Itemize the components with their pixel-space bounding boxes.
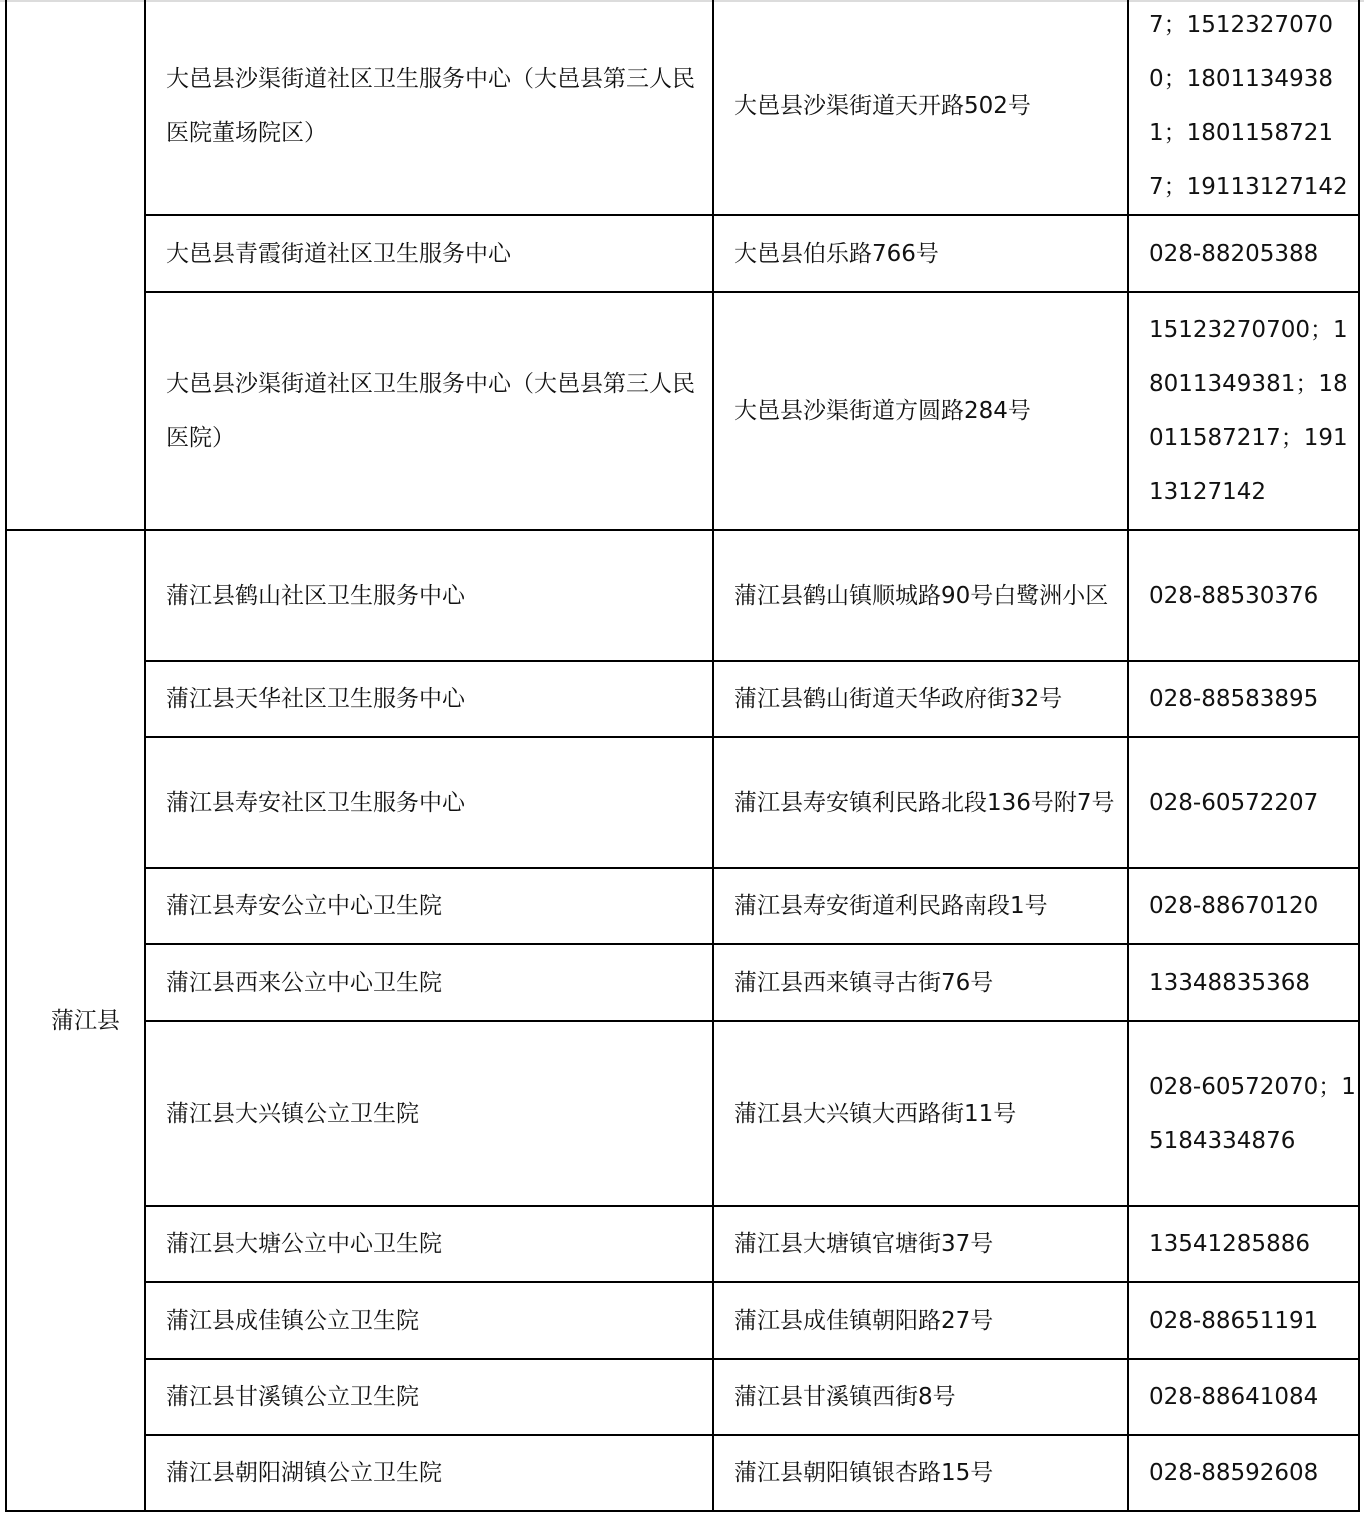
region-cell: 蒲江县 <box>6 530 145 1511</box>
address-cell: 蒲江县大兴镇大西路街11号 <box>713 1021 1128 1206</box>
phone-cell: 13348835368 <box>1128 944 1359 1021</box>
phone-cell: 028-88641084 <box>1128 1359 1359 1435</box>
phone-cell: 028-88670120 <box>1128 868 1359 944</box>
institution-name-cell: 大邑县青霞街道社区卫生服务中心 <box>145 215 713 292</box>
institution-name-cell: 蒲江县寿安公立中心卫生院 <box>145 868 713 944</box>
phone-cell: 15123270700；18011349381；18011587217；1911… <box>1128 292 1359 530</box>
institution-name-cell: 蒲江县鹤山社区卫生服务中心 <box>145 530 713 661</box>
institution-name-cell: 蒲江县成佳镇公立卫生院 <box>145 1282 713 1359</box>
table-row: 蒲江县成佳镇公立卫生院蒲江县成佳镇朝阳路27号028-88651191 <box>6 1282 1359 1359</box>
phone-cell: 028-88205388 <box>1128 215 1359 292</box>
health-center-table: 大邑县沙渠街道社区卫生服务中心（大邑县第三人民医院董场院区）大邑县沙渠街道天开路… <box>5 0 1360 1512</box>
institution-name-cell: 蒲江县朝阳湖镇公立卫生院 <box>145 1435 713 1511</box>
table-row: 大邑县沙渠街道社区卫生服务中心（大邑县第三人民医院董场院区）大邑县沙渠街道天开路… <box>6 0 1359 215</box>
table-row: 蒲江县寿安公立中心卫生院蒲江县寿安街道利民路南段1号028-88670120 <box>6 868 1359 944</box>
institution-name-cell: 蒲江县天华社区卫生服务中心 <box>145 661 713 737</box>
institution-name-cell: 蒲江县大塘公立中心卫生院 <box>145 1206 713 1282</box>
phone-cell: 028-88530376 <box>1128 530 1359 661</box>
address-cell: 蒲江县寿安街道利民路南段1号 <box>713 868 1128 944</box>
table-row: 蒲江县甘溪镇公立卫生院蒲江县甘溪镇西街8号028-88641084 <box>6 1359 1359 1435</box>
address-cell: 大邑县沙渠街道方圆路284号 <box>713 292 1128 530</box>
phone-cell: 028-60572207 <box>1128 737 1359 868</box>
region-cell <box>6 0 145 530</box>
table-row: 大邑县青霞街道社区卫生服务中心大邑县伯乐路766号028-88205388 <box>6 215 1359 292</box>
address-cell: 蒲江县寿安镇利民路北段136号附7号 <box>713 737 1128 868</box>
address-cell: 蒲江县朝阳镇银杏路15号 <box>713 1435 1128 1511</box>
phone-cell: 7；15123270700；18011349381；18011587217；19… <box>1128 0 1359 215</box>
table-row: 蒲江县朝阳湖镇公立卫生院蒲江县朝阳镇银杏路15号028-88592608 <box>6 1435 1359 1511</box>
institution-name-cell: 蒲江县甘溪镇公立卫生院 <box>145 1359 713 1435</box>
phone-cell: 028-88651191 <box>1128 1282 1359 1359</box>
phone-cell: 028-60572070；15184334876 <box>1128 1021 1359 1206</box>
table-row: 蒲江县蒲江县鹤山社区卫生服务中心蒲江县鹤山镇顺城路90号白鹭洲小区028-885… <box>6 530 1359 661</box>
institution-name-cell: 大邑县沙渠街道社区卫生服务中心（大邑县第三人民医院） <box>145 292 713 530</box>
phone-cell: 028-88592608 <box>1128 1435 1359 1511</box>
table-body: 大邑县沙渠街道社区卫生服务中心（大邑县第三人民医院董场院区）大邑县沙渠街道天开路… <box>6 0 1359 1511</box>
table-row: 蒲江县西来公立中心卫生院蒲江县西来镇寻古街76号13348835368 <box>6 944 1359 1021</box>
table-row: 蒲江县寿安社区卫生服务中心蒲江县寿安镇利民路北段136号附7号028-60572… <box>6 737 1359 868</box>
address-cell: 蒲江县大塘镇官塘街37号 <box>713 1206 1128 1282</box>
table-row: 蒲江县大塘公立中心卫生院蒲江县大塘镇官塘街37号13541285886 <box>6 1206 1359 1282</box>
institution-name-cell: 蒲江县大兴镇公立卫生院 <box>145 1021 713 1206</box>
address-cell: 蒲江县成佳镇朝阳路27号 <box>713 1282 1128 1359</box>
table-row: 蒲江县大兴镇公立卫生院蒲江县大兴镇大西路街11号028-60572070；151… <box>6 1021 1359 1206</box>
address-cell: 蒲江县甘溪镇西街8号 <box>713 1359 1128 1435</box>
address-cell: 蒲江县西来镇寻古街76号 <box>713 944 1128 1021</box>
table-row: 大邑县沙渠街道社区卫生服务中心（大邑县第三人民医院）大邑县沙渠街道方圆路284号… <box>6 292 1359 530</box>
address-cell: 大邑县沙渠街道天开路502号 <box>713 0 1128 215</box>
address-cell: 蒲江县鹤山镇顺城路90号白鹭洲小区 <box>713 530 1128 661</box>
table-row: 蒲江县天华社区卫生服务中心蒲江县鹤山街道天华政府街32号028-88583895 <box>6 661 1359 737</box>
address-cell: 蒲江县鹤山街道天华政府街32号 <box>713 661 1128 737</box>
institution-name-cell: 蒲江县寿安社区卫生服务中心 <box>145 737 713 868</box>
phone-cell: 13541285886 <box>1128 1206 1359 1282</box>
address-cell: 大邑县伯乐路766号 <box>713 215 1128 292</box>
institution-name-cell: 蒲江县西来公立中心卫生院 <box>145 944 713 1021</box>
institution-name-cell: 大邑县沙渠街道社区卫生服务中心（大邑县第三人民医院董场院区） <box>145 0 713 215</box>
phone-cell: 028-88583895 <box>1128 661 1359 737</box>
